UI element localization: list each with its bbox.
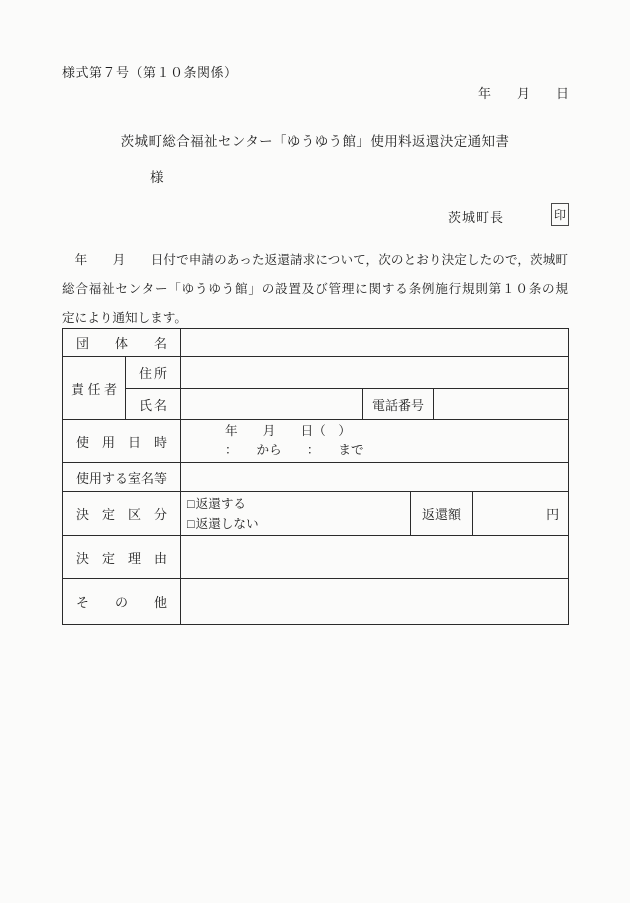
room-label: 使用する室名等 xyxy=(63,463,181,492)
table-row-organization: 団体名 xyxy=(63,329,569,357)
reason-label: 決定理由 xyxy=(63,536,181,579)
table-row-other: その他 xyxy=(63,579,569,625)
body-line-2: 総合福祉センター「ゆうゆう館」の設置及び管理に関する条例施行規則第１０条の規 xyxy=(62,275,568,304)
phone-value-cell xyxy=(434,389,569,420)
checkbox-unchecked-icon: □ xyxy=(187,497,195,511)
table-row-decision: 決定区分 □返還する □返還しない 返還額 円 xyxy=(63,492,569,536)
addressee-honorific: 様 xyxy=(150,166,164,186)
reason-value-cell xyxy=(181,536,569,579)
name-value-cell xyxy=(181,389,363,420)
name-label: 氏名 xyxy=(126,389,181,420)
currency-unit-label: 円 xyxy=(546,507,559,522)
decision-option-no-refund: □返還しない xyxy=(187,514,410,534)
document-title: 茨城町総合福祉センター「ゆうゆう館」使用料返還決定通知書 xyxy=(0,130,630,150)
body-line-1: 年 月 日付で申請のあった返還請求について，次のとおり決定したので，茨城町 xyxy=(62,246,568,275)
organization-value-cell xyxy=(181,329,569,357)
usage-time-line: ： から ： まで xyxy=(225,441,568,461)
refund-amount-cell: 円 xyxy=(473,492,569,536)
representative-label: 責任者 xyxy=(63,357,126,420)
phone-label: 電話番号 xyxy=(363,389,434,420)
decision-option-label: 返還する xyxy=(196,497,246,511)
table-row-reason: 決定理由 xyxy=(63,536,569,579)
usage-date-line: 年 月 日（ ） xyxy=(225,422,568,442)
usage-datetime-cell: 年 月 日（ ） ： から ： まで xyxy=(181,420,569,463)
seal-box: 印 xyxy=(551,203,569,226)
form-number: 様式第７号（第１０条関係） xyxy=(62,62,238,81)
other-value-cell xyxy=(181,579,569,625)
table-row-representative-name: 氏名 電話番号 xyxy=(63,389,569,420)
room-value-cell xyxy=(181,463,569,492)
decision-label: 決定区分 xyxy=(63,492,181,536)
date-line: 年 月 日 xyxy=(478,83,569,102)
usage-datetime-label: 使用日時 xyxy=(63,420,181,463)
seal-mark: 印 xyxy=(554,206,566,223)
form-table: 団体名 責任者 住所 氏名 電話番号 使用日時 年 月 日（ ） ： から ： … xyxy=(62,328,569,625)
issuer-title: 茨城町長 xyxy=(448,207,504,226)
refund-amount-label: 返還額 xyxy=(411,492,473,536)
other-label: その他 xyxy=(63,579,181,625)
document-page: 様式第７号（第１０条関係） 年 月 日 茨城町総合福祉センター「ゆうゆう館」使用… xyxy=(0,0,630,903)
address-value-cell xyxy=(181,357,569,389)
table-row-usage-datetime: 使用日時 年 月 日（ ） ： から ： まで xyxy=(63,420,569,463)
body-paragraph: 年 月 日付で申請のあった返還請求について，次のとおり決定したので，茨城町 総合… xyxy=(62,246,568,333)
decision-option-label: 返還しない xyxy=(196,517,259,531)
table-row-representative-address: 責任者 住所 xyxy=(63,357,569,389)
checkbox-unchecked-icon: □ xyxy=(187,517,195,531)
decision-options-cell: □返還する □返還しない xyxy=(181,492,411,536)
organization-label: 団体名 xyxy=(63,329,181,357)
decision-option-refund: □返還する xyxy=(187,494,410,514)
table-row-room: 使用する室名等 xyxy=(63,463,569,492)
address-label: 住所 xyxy=(126,357,181,389)
